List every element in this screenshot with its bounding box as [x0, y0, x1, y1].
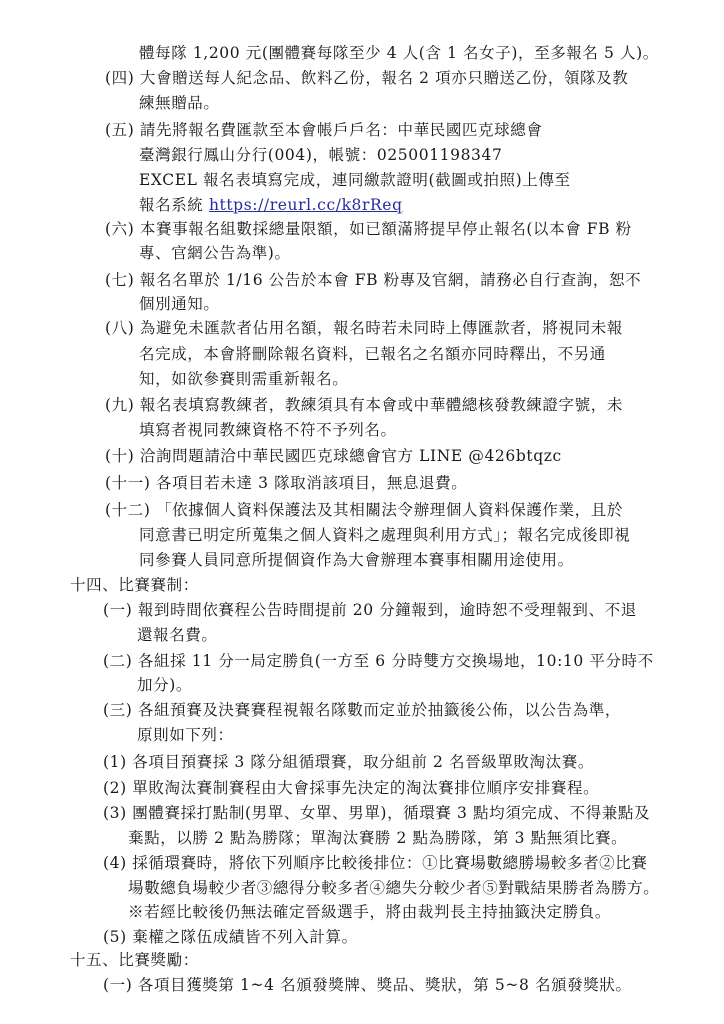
- text-line: EXCEL 報名表填寫完成，連同繳款證明(截圖或拍照)上傳至: [139, 170, 571, 190]
- line-text: (十二) 「依據個人資料保護法及其相關法令辦理個人資料保護作業，且於: [105, 501, 623, 519]
- line-text: 同參賽人員同意所提個資作為大會辦理本賽事相關用途使用。: [139, 551, 574, 569]
- text-line: 臺灣銀行鳳山分行(004)，帳號：025001198347: [139, 145, 502, 165]
- text-line: (五) 請先將報名費匯款至本會帳戶戶名：中華民國匹克球總會: [105, 120, 542, 140]
- line-text: 練無贈品。: [139, 94, 220, 112]
- line-text: (八) 為避免未匯款者佔用名額，報名時若未同時上傳匯款者，將視同未報: [105, 319, 623, 337]
- text-line: (3) 團體賽採打點制(男單、女單、男單)，循環賽 3 點均須完成、不得兼點及: [103, 803, 650, 823]
- line-text: 專、官網公告為準)。: [139, 244, 291, 262]
- text-line: (2) 單敗淘汰賽制賽程由大會採事先決定的淘汰賽排位順序安排賽程。: [103, 778, 599, 798]
- text-line: 同意書已明定所蒐集之個人資料之處理與利用方式」；報名完成後即視: [139, 525, 630, 545]
- line-text: ※若經比較後仍無法確定晉級選手，將由裁判長主持抽籤決定勝負。: [128, 903, 611, 921]
- text-line: (5) 棄權之隊伍成績皆不列入計算。: [103, 927, 358, 947]
- line-text: (三) 各組預賽及決賽賽程視報名隊數而定並於抽籤後公佈，以公告為準，: [103, 701, 621, 719]
- text-line: (九) 報名表填寫教練者，教練須具有本會或中華體總核發教練證字號，未: [105, 395, 623, 415]
- text-line: (4) 採循環賽時，將依下列順序比較後排位：①比賽場數總勝場較多者②比賽: [103, 853, 648, 873]
- text-line: (三) 各組預賽及決賽賽程視報名隊數而定並於抽籤後公佈，以公告為準，: [103, 700, 621, 720]
- line-text: 臺灣銀行鳳山分行(004)，帳號：025001198347: [139, 146, 502, 164]
- line-text: EXCEL 報名表填寫完成，連同繳款證明(截圖或拍照)上傳至: [139, 171, 571, 189]
- text-line: 知，如欲參賽則需重新報名。: [139, 369, 348, 389]
- text-line: 練無贈品。: [139, 93, 220, 113]
- text-line: (二) 各組採 11 分一局定勝負(一方至 6 分時雙方交換場地，10:10 平…: [103, 651, 654, 671]
- line-text: (3) 團體賽採打點制(男單、女單、男單)，循環賽 3 點均須完成、不得兼點及: [103, 804, 650, 822]
- line-text: 體每隊 1,200 元(團體賽每隊至少 4 人(含 1 名女子)，至多報名 5 …: [139, 44, 659, 62]
- text-line: 同參賽人員同意所提個資作為大會辦理本賽事相關用途使用。: [139, 550, 574, 570]
- line-text: 填寫者視同教練資格不符不予列名。: [139, 421, 397, 439]
- line-text: 十五、比賽獎勵：: [70, 951, 199, 969]
- text-line: (七) 報名名單於 1/16 公告於本會 FB 粉專及官網，請務必自行查詢，恕不: [105, 270, 641, 290]
- line-text: (十一) 各項目若未達 3 隊取消該項目，無息退費。: [105, 474, 467, 492]
- line-text: 原則如下列：: [137, 726, 234, 744]
- line-text: 同意書已明定所蒐集之個人資料之處理與利用方式」；報名完成後即視: [139, 526, 630, 544]
- line-text: 十四、比賽賽制：: [70, 576, 199, 594]
- document-page: 體每隊 1,200 元(團體賽每隊至少 4 人(含 1 名女子)，至多報名 5 …: [0, 0, 724, 1024]
- text-line: ※若經比較後仍無法確定晉級選手，將由裁判長主持抽籤決定勝負。: [128, 902, 611, 922]
- line-text: (4) 採循環賽時，將依下列順序比較後排位：①比賽場數總勝場較多者②比賽: [103, 854, 648, 872]
- line-text: 場數總負場較少者③總得分較多者④總失分較少者⑤對戰結果勝者為勝方。: [128, 879, 659, 897]
- text-line: 還報名費。: [137, 625, 218, 645]
- line-text: (一) 報到時間依賽程公告時間提前 20 分鐘報到，逾時恕不受理報到、不退: [103, 601, 637, 619]
- line-text: 棄點，以勝 2 點為勝隊；單淘汰賽勝 2 點為勝隊，第 3 點無須比賽。: [128, 829, 627, 847]
- line-text: (九) 報名表填寫教練者，教練須具有本會或中華體總核發教練證字號，未: [105, 396, 623, 414]
- line-text: 個別通知。: [139, 295, 220, 313]
- line-text: 報名系統: [139, 196, 209, 214]
- text-line: 體每隊 1,200 元(團體賽每隊至少 4 人(含 1 名女子)，至多報名 5 …: [139, 43, 659, 63]
- text-line: (一) 各項目獲獎第 1~4 名頒發獎牌、獎品、獎狀，第 5~8 名頒發獎狀。: [103, 975, 632, 995]
- text-line: (十) 洽詢問題請洽中華民國匹克球總會官方 LINE @426btqzc: [105, 446, 562, 466]
- line-text: (5) 棄權之隊伍成績皆不列入計算。: [103, 928, 358, 946]
- text-line: 加分)。: [137, 675, 192, 695]
- line-text: (一) 各項目獲獎第 1~4 名頒發獎牌、獎品、獎狀，第 5~8 名頒發獎狀。: [103, 976, 632, 994]
- registration-link[interactable]: https://reurl.cc/k8rReq: [209, 196, 403, 214]
- line-text: (二) 各組採 11 分一局定勝負(一方至 6 分時雙方交換場地，10:10 平…: [103, 652, 654, 670]
- text-line: (四) 大會贈送每人紀念品、飲料乙份，報名 2 項亦只贈送乙份，領隊及教: [105, 68, 628, 88]
- text-line: 棄點，以勝 2 點為勝隊；單淘汰賽勝 2 點為勝隊，第 3 點無須比賽。: [128, 828, 627, 848]
- line-text: (四) 大會贈送每人紀念品、飲料乙份，報名 2 項亦只贈送乙份，領隊及教: [105, 69, 628, 87]
- text-line: 場數總負場較少者③總得分較多者④總失分較少者⑤對戰結果勝者為勝方。: [128, 878, 659, 898]
- text-line: 個別通知。: [139, 294, 220, 314]
- line-text: (五) 請先將報名費匯款至本會帳戶戶名：中華民國匹克球總會: [105, 121, 542, 139]
- text-line: (六) 本賽事報名組數採總量限額，如已額滿將提早停止報名(以本會 FB 粉: [105, 219, 632, 239]
- line-text: (1) 各項目預賽採 3 隊分組循環賽，取分組前 2 名晉級單敗淘汰賽。: [103, 753, 594, 771]
- text-line: 名完成，本會將刪除報名資料，已報名之名額亦同時釋出，不另通: [139, 344, 606, 364]
- text-line: (一) 報到時間依賽程公告時間提前 20 分鐘報到，逾時恕不受理報到、不退: [103, 600, 637, 620]
- line-text: (十) 洽詢問題請洽中華民國匹克球總會官方 LINE @426btqzc: [105, 447, 562, 465]
- line-text: (六) 本賽事報名組數採總量限額，如已額滿將提早停止報名(以本會 FB 粉: [105, 220, 632, 238]
- text-line: (十二) 「依據個人資料保護法及其相關法令辦理個人資料保護作業，且於: [105, 500, 623, 520]
- text-line: (八) 為避免未匯款者佔用名額，報名時若未同時上傳匯款者，將視同未報: [105, 318, 623, 338]
- line-text: 知，如欲參賽則需重新報名。: [139, 370, 348, 388]
- text-line: 專、官網公告為準)。: [139, 243, 291, 263]
- line-text: 名完成，本會將刪除報名資料，已報名之名額亦同時釋出，不另通: [139, 345, 606, 363]
- text-line: (十一) 各項目若未達 3 隊取消該項目，無息退費。: [105, 473, 467, 493]
- line-text: (七) 報名名單於 1/16 公告於本會 FB 粉專及官網，請務必自行查詢，恕不: [105, 271, 641, 289]
- text-line: 填寫者視同教練資格不符不予列名。: [139, 420, 397, 440]
- text-line: (1) 各項目預賽採 3 隊分組循環賽，取分組前 2 名晉級單敗淘汰賽。: [103, 752, 594, 772]
- text-line: 原則如下列：: [137, 725, 234, 745]
- line-text: (2) 單敗淘汰賽制賽程由大會採事先決定的淘汰賽排位順序安排賽程。: [103, 779, 599, 797]
- text-line: 十四、比賽賽制：: [70, 575, 199, 595]
- line-text: 加分)。: [137, 676, 192, 694]
- text-line: 報名系統 https://reurl.cc/k8rReq: [139, 195, 403, 215]
- line-text: 還報名費。: [137, 626, 218, 644]
- text-line: 十五、比賽獎勵：: [70, 950, 199, 970]
